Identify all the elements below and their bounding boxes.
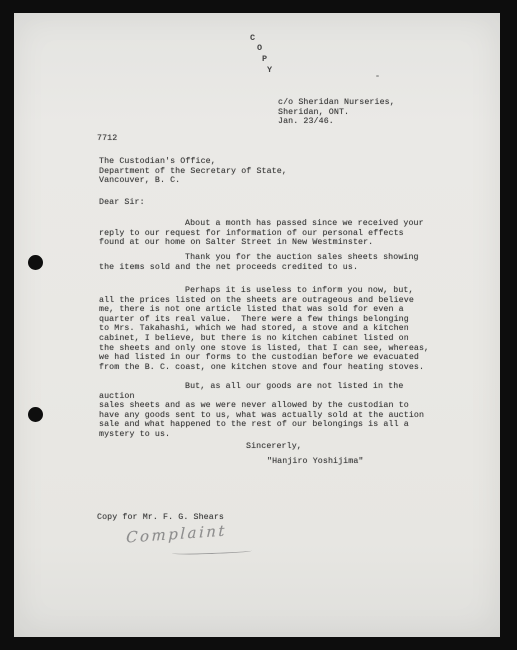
paragraph-4: But, as all our goods are not listed in … [99,382,435,440]
recipient-address: The Custodian's Office, Department of th… [99,157,287,186]
cc-line: Copy for Mr. F. G. Shears [97,513,224,523]
handwritten-underline [172,549,252,556]
paragraph-1: About a month has passed since we receiv… [99,219,435,248]
hole-punch-top [28,255,43,270]
scan-speck [376,75,379,77]
letter-paper: C O P Y c/o Sheridan Nurseries, Sheridan… [14,13,500,637]
paragraph-3: Perhaps it is useless to inform you now,… [99,286,435,372]
sender-address: c/o Sheridan Nurseries, Sheridan, ONT. J… [278,98,395,127]
signature-name: "Hanjiro Yoshijima" [267,457,364,467]
closing-line: Sincererly, [246,442,302,452]
copy-stamp-letter: C [250,33,255,43]
handwritten-note: Complaint [126,521,227,546]
paragraph-2: Thank you for the auction sales sheets s… [99,253,435,272]
salutation: Dear Sir: [99,198,145,208]
file-number: 7712 [97,134,117,144]
copy-stamp-letter: Y [267,65,272,75]
scanned-letter: C O P Y c/o Sheridan Nurseries, Sheridan… [0,0,517,650]
hole-punch-bottom [28,407,43,422]
copy-stamp-letter: O [257,43,262,53]
copy-stamp-letter: P [262,54,267,64]
